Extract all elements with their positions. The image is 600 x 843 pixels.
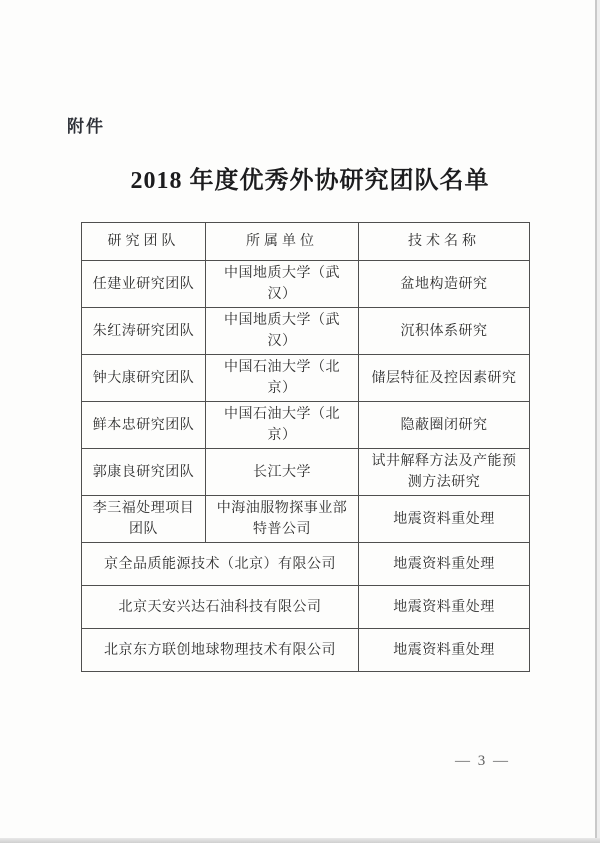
table-header-row: 研究团队 所属单位 技术名称 [82, 223, 530, 261]
column-header-team: 研究团队 [82, 223, 206, 261]
cell-team: 任建业研究团队 [82, 261, 206, 308]
cell-unit: 中海油服物探事业部特普公司 [206, 496, 359, 543]
cell-unit: 中国石油大学（北京） [206, 355, 359, 402]
cell-tech: 沉积体系研究 [359, 308, 530, 355]
table-row-merged: 北京东方联创地球物理技术有限公司 地震资料重处理 [82, 629, 530, 672]
research-team-table: 研究团队 所属单位 技术名称 任建业研究团队 中国地质大学（武汉） 盆地构造研究… [81, 222, 530, 672]
table-row: 李三福处理项目团队 中海油服物探事业部特普公司 地震资料重处理 [82, 496, 530, 543]
cell-team: 钟大康研究团队 [82, 355, 206, 402]
table-row-merged: 京全品质能源技术（北京）有限公司 地震资料重处理 [82, 543, 530, 586]
cell-team: 朱红涛研究团队 [82, 308, 206, 355]
cell-company: 北京东方联创地球物理技术有限公司 [82, 629, 359, 672]
table-row-merged: 北京天安兴达石油科技有限公司 地震资料重处理 [82, 586, 530, 629]
cell-tech: 试井解释方法及产能预测方法研究 [359, 449, 530, 496]
cell-tech: 盆地构造研究 [359, 261, 530, 308]
scan-edge-right [595, 0, 597, 843]
cell-unit: 中国地质大学（武汉） [206, 261, 359, 308]
cell-tech: 地震资料重处理 [359, 629, 530, 672]
cell-unit: 长江大学 [206, 449, 359, 496]
cell-tech: 地震资料重处理 [359, 586, 530, 629]
cell-tech: 储层特征及控因素研究 [359, 355, 530, 402]
cell-team: 鲜本忠研究团队 [82, 402, 206, 449]
cell-tech: 地震资料重处理 [359, 543, 530, 586]
cell-team: 李三福处理项目团队 [82, 496, 206, 543]
attachment-label: 附件 [67, 112, 105, 137]
table-row: 任建业研究团队 中国地质大学（武汉） 盆地构造研究 [82, 261, 530, 308]
cell-tech: 地震资料重处理 [359, 496, 530, 543]
cell-unit: 中国石油大学（北京） [206, 402, 359, 449]
scanned-document-page: 附件 2018 年度优秀外协研究团队名单 研究团队 所属单位 技术名称 任建业研… [0, 0, 600, 843]
cell-company: 京全品质能源技术（北京）有限公司 [82, 543, 359, 586]
scan-edge-bottom [0, 838, 600, 843]
document-title: 2018 年度优秀外协研究团队名单 [0, 160, 600, 195]
column-header-tech: 技术名称 [359, 223, 530, 261]
table-row: 朱红涛研究团队 中国地质大学（武汉） 沉积体系研究 [82, 308, 530, 355]
table-row: 郭康良研究团队 长江大学 试井解释方法及产能预测方法研究 [82, 449, 530, 496]
page-number: — 3 — [455, 753, 510, 770]
table-row: 钟大康研究团队 中国石油大学（北京） 储层特征及控因素研究 [82, 355, 530, 402]
cell-company: 北京天安兴达石油科技有限公司 [82, 586, 359, 629]
table-row: 鲜本忠研究团队 中国石油大学（北京） 隐蔽圈闭研究 [82, 402, 530, 449]
cell-tech: 隐蔽圈闭研究 [359, 402, 530, 449]
column-header-unit: 所属单位 [206, 223, 359, 261]
cell-team: 郭康良研究团队 [82, 449, 206, 496]
cell-unit: 中国地质大学（武汉） [206, 308, 359, 355]
